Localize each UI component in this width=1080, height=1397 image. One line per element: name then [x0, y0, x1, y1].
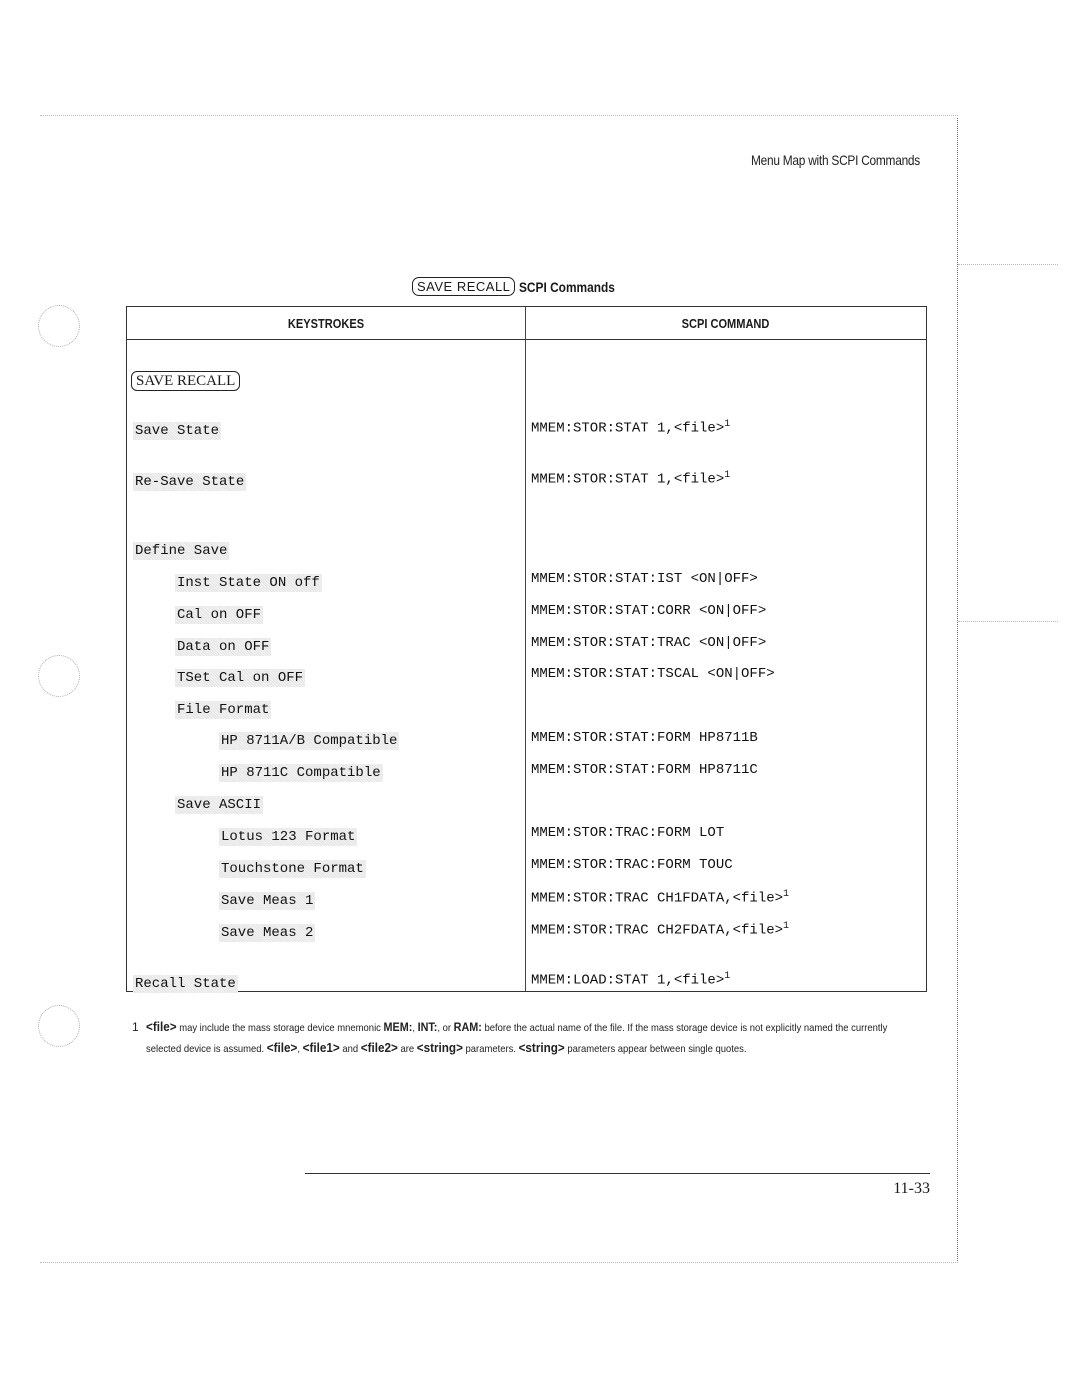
page-edge-top	[40, 115, 958, 116]
table-row: MMEM:STOR:STAT:CORR <ON|OFF>	[531, 603, 766, 619]
table-row: MMEM:STOR:STAT:FORM HP8711B	[531, 730, 758, 746]
keystroke-lotus: Lotus 123 Format	[219, 828, 357, 846]
keystroke-file-format: File Format	[175, 701, 271, 719]
header-keystrokes: KEYSTROKES	[157, 316, 495, 331]
binder-hole-icon	[38, 1005, 80, 1047]
scpi-commands-table: KEYSTROKES SCPI COMMAND SAVE RECALL Save…	[126, 306, 927, 992]
command-save-state: MMEM:STOR:STAT 1,<file>	[531, 421, 724, 437]
table-row: File Format	[175, 702, 271, 718]
footnote-ref: 1	[724, 419, 730, 430]
table-row: MMEM:STOR:TRAC CH1FDATA,<file>1	[531, 889, 789, 907]
table-row: MMEM:STOR:STAT:TSCAL <ON|OFF>	[531, 666, 775, 682]
keystroke-define-save: Define Save	[133, 542, 229, 560]
table-row: MMEM:STOR:TRAC:FORM LOT	[531, 825, 724, 841]
table-row: MMEM:STOR:STAT:TRAC <ON|OFF>	[531, 635, 766, 651]
footer-rule	[305, 1173, 930, 1174]
keystroke-tset-cal: TSet Cal on OFF	[175, 669, 305, 687]
table-row: MMEM:STOR:STAT:FORM HP8711C	[531, 762, 758, 778]
footnote-text: may include the mass storage device mnem…	[177, 1022, 384, 1034]
footnote-file2-param: <file2>	[361, 1040, 398, 1055]
footnote-text: parameters.	[463, 1043, 519, 1055]
keystroke-save-recall: SAVE RECALL	[131, 371, 240, 391]
footnote-ref: 1	[724, 971, 730, 982]
keystroke-hp8711c: HP 8711C Compatible	[219, 764, 383, 782]
page-edge-right	[957, 118, 958, 1263]
keystroke-cal: Cal on OFF	[175, 606, 263, 624]
table-row: Save Meas 1	[219, 893, 315, 909]
running-head: Menu Map with SCPI Commands	[682, 152, 920, 168]
keystroke-touchstone: Touchstone Format	[219, 860, 366, 878]
footnote-text: are	[398, 1043, 417, 1055]
tab-marker-2	[958, 621, 1058, 622]
command-cal: MMEM:STOR:STAT:CORR <ON|OFF>	[531, 603, 766, 619]
table-row: Save State	[133, 423, 221, 439]
table-title-text: SCPI Commands	[519, 279, 615, 295]
table-row: Recall State	[133, 976, 238, 992]
table-row: HP 8711C Compatible	[219, 765, 383, 781]
tab-marker-1	[958, 264, 1058, 265]
table-row: MMEM:LOAD:STAT 1,<file>1	[531, 971, 730, 989]
footnote-text: and	[340, 1043, 361, 1055]
keystroke-save-state: Save State	[133, 422, 221, 440]
table-row: MMEM:STOR:TRAC:FORM TOUC	[531, 857, 733, 873]
footnote-ram: RAM:	[454, 1020, 482, 1034]
footnote-int: INT:	[418, 1020, 438, 1034]
table-row: Data on OFF	[175, 639, 271, 655]
table-row: Re-Save State	[133, 474, 246, 490]
keystroke-save-meas-1: Save Meas 1	[219, 892, 315, 910]
keystroke-save-ascii: Save ASCII	[175, 796, 263, 814]
footnote-file1-param: <file1>	[303, 1040, 340, 1055]
binder-hole-icon	[38, 305, 80, 347]
save-recall-hardkey: SAVE RECALL	[412, 277, 515, 296]
footnote-text: parameters appear between single quotes.	[565, 1043, 747, 1055]
command-hp8711b: MMEM:STOR:STAT:FORM HP8711B	[531, 730, 758, 746]
command-re-save-state: MMEM:STOR:STAT 1,<file>	[531, 472, 724, 488]
footnote-body: <file> may include the mass storage devi…	[146, 1017, 920, 1059]
table-row: Save Meas 2	[219, 925, 315, 941]
table-row: MMEM:STOR:TRAC CH2FDATA,<file>1	[531, 921, 789, 939]
keystroke-recall-state: Recall State	[133, 975, 238, 993]
footnote-ref: 1	[724, 470, 730, 481]
footnote-mem: MEM:	[384, 1020, 413, 1034]
binder-hole-icon	[38, 655, 80, 697]
footnote-string-param: <string>	[519, 1040, 565, 1055]
keystroke-data: Data on OFF	[175, 638, 271, 656]
footnote-ref: 1	[783, 889, 789, 900]
footnote-string-param: <string>	[417, 1040, 463, 1055]
footnote-ref: 1	[783, 921, 789, 932]
table-row: TSet Cal on OFF	[175, 670, 305, 686]
table-row: Cal on OFF	[175, 607, 263, 623]
command-hp8711c: MMEM:STOR:STAT:FORM HP8711C	[531, 762, 758, 778]
command-save-meas-1: MMEM:STOR:TRAC CH1FDATA,<file>	[531, 891, 783, 907]
table-row: MMEM:STOR:STAT 1,<file>1	[531, 470, 730, 488]
keystroke-re-save-state: Re-Save State	[133, 473, 246, 491]
command-save-meas-2: MMEM:STOR:TRAC CH2FDATA,<file>	[531, 923, 783, 939]
table-row: SAVE RECALL	[131, 371, 240, 391]
keystroke-hp8711ab: HP 8711A/B Compatible	[219, 732, 399, 750]
table-row: Inst State ON off	[175, 575, 322, 591]
table-title: SAVE RECALL SCPI Commands	[412, 277, 632, 296]
table-row: Lotus 123 Format	[219, 829, 357, 845]
table-row: Save ASCII	[175, 797, 263, 813]
table-row: MMEM:STOR:STAT 1,<file>1	[531, 419, 730, 437]
keystroke-inst-state: Inst State ON off	[175, 574, 322, 592]
table-row: MMEM:STOR:STAT:IST <ON|OFF>	[531, 571, 758, 587]
table-row: Define Save	[133, 543, 229, 559]
command-inst-state: MMEM:STOR:STAT:IST <ON|OFF>	[531, 571, 758, 587]
footnote-number: 1	[132, 1017, 139, 1037]
command-touchstone: MMEM:STOR:TRAC:FORM TOUC	[531, 857, 733, 873]
footnote-file-param: <file>	[146, 1019, 177, 1034]
footnote: 1 <file> may include the mass storage de…	[132, 1017, 922, 1059]
table-row: HP 8711A/B Compatible	[219, 733, 399, 749]
command-recall-state: MMEM:LOAD:STAT 1,<file>	[531, 973, 724, 989]
page-number: 11-33	[860, 1180, 930, 1198]
command-tset-cal: MMEM:STOR:STAT:TSCAL <ON|OFF>	[531, 666, 775, 682]
footnote-text: , or	[437, 1022, 453, 1034]
column-divider	[525, 307, 526, 991]
command-lotus: MMEM:STOR:TRAC:FORM LOT	[531, 825, 724, 841]
page-edge-bottom	[40, 1262, 958, 1263]
header-scpi-command: SCPI COMMAND	[555, 316, 896, 331]
footnote-file-param: <file>	[267, 1040, 298, 1055]
table-row: Touchstone Format	[219, 861, 366, 877]
command-data: MMEM:STOR:STAT:TRAC <ON|OFF>	[531, 635, 766, 651]
header-divider	[127, 339, 926, 340]
keystroke-save-meas-2: Save Meas 2	[219, 924, 315, 942]
